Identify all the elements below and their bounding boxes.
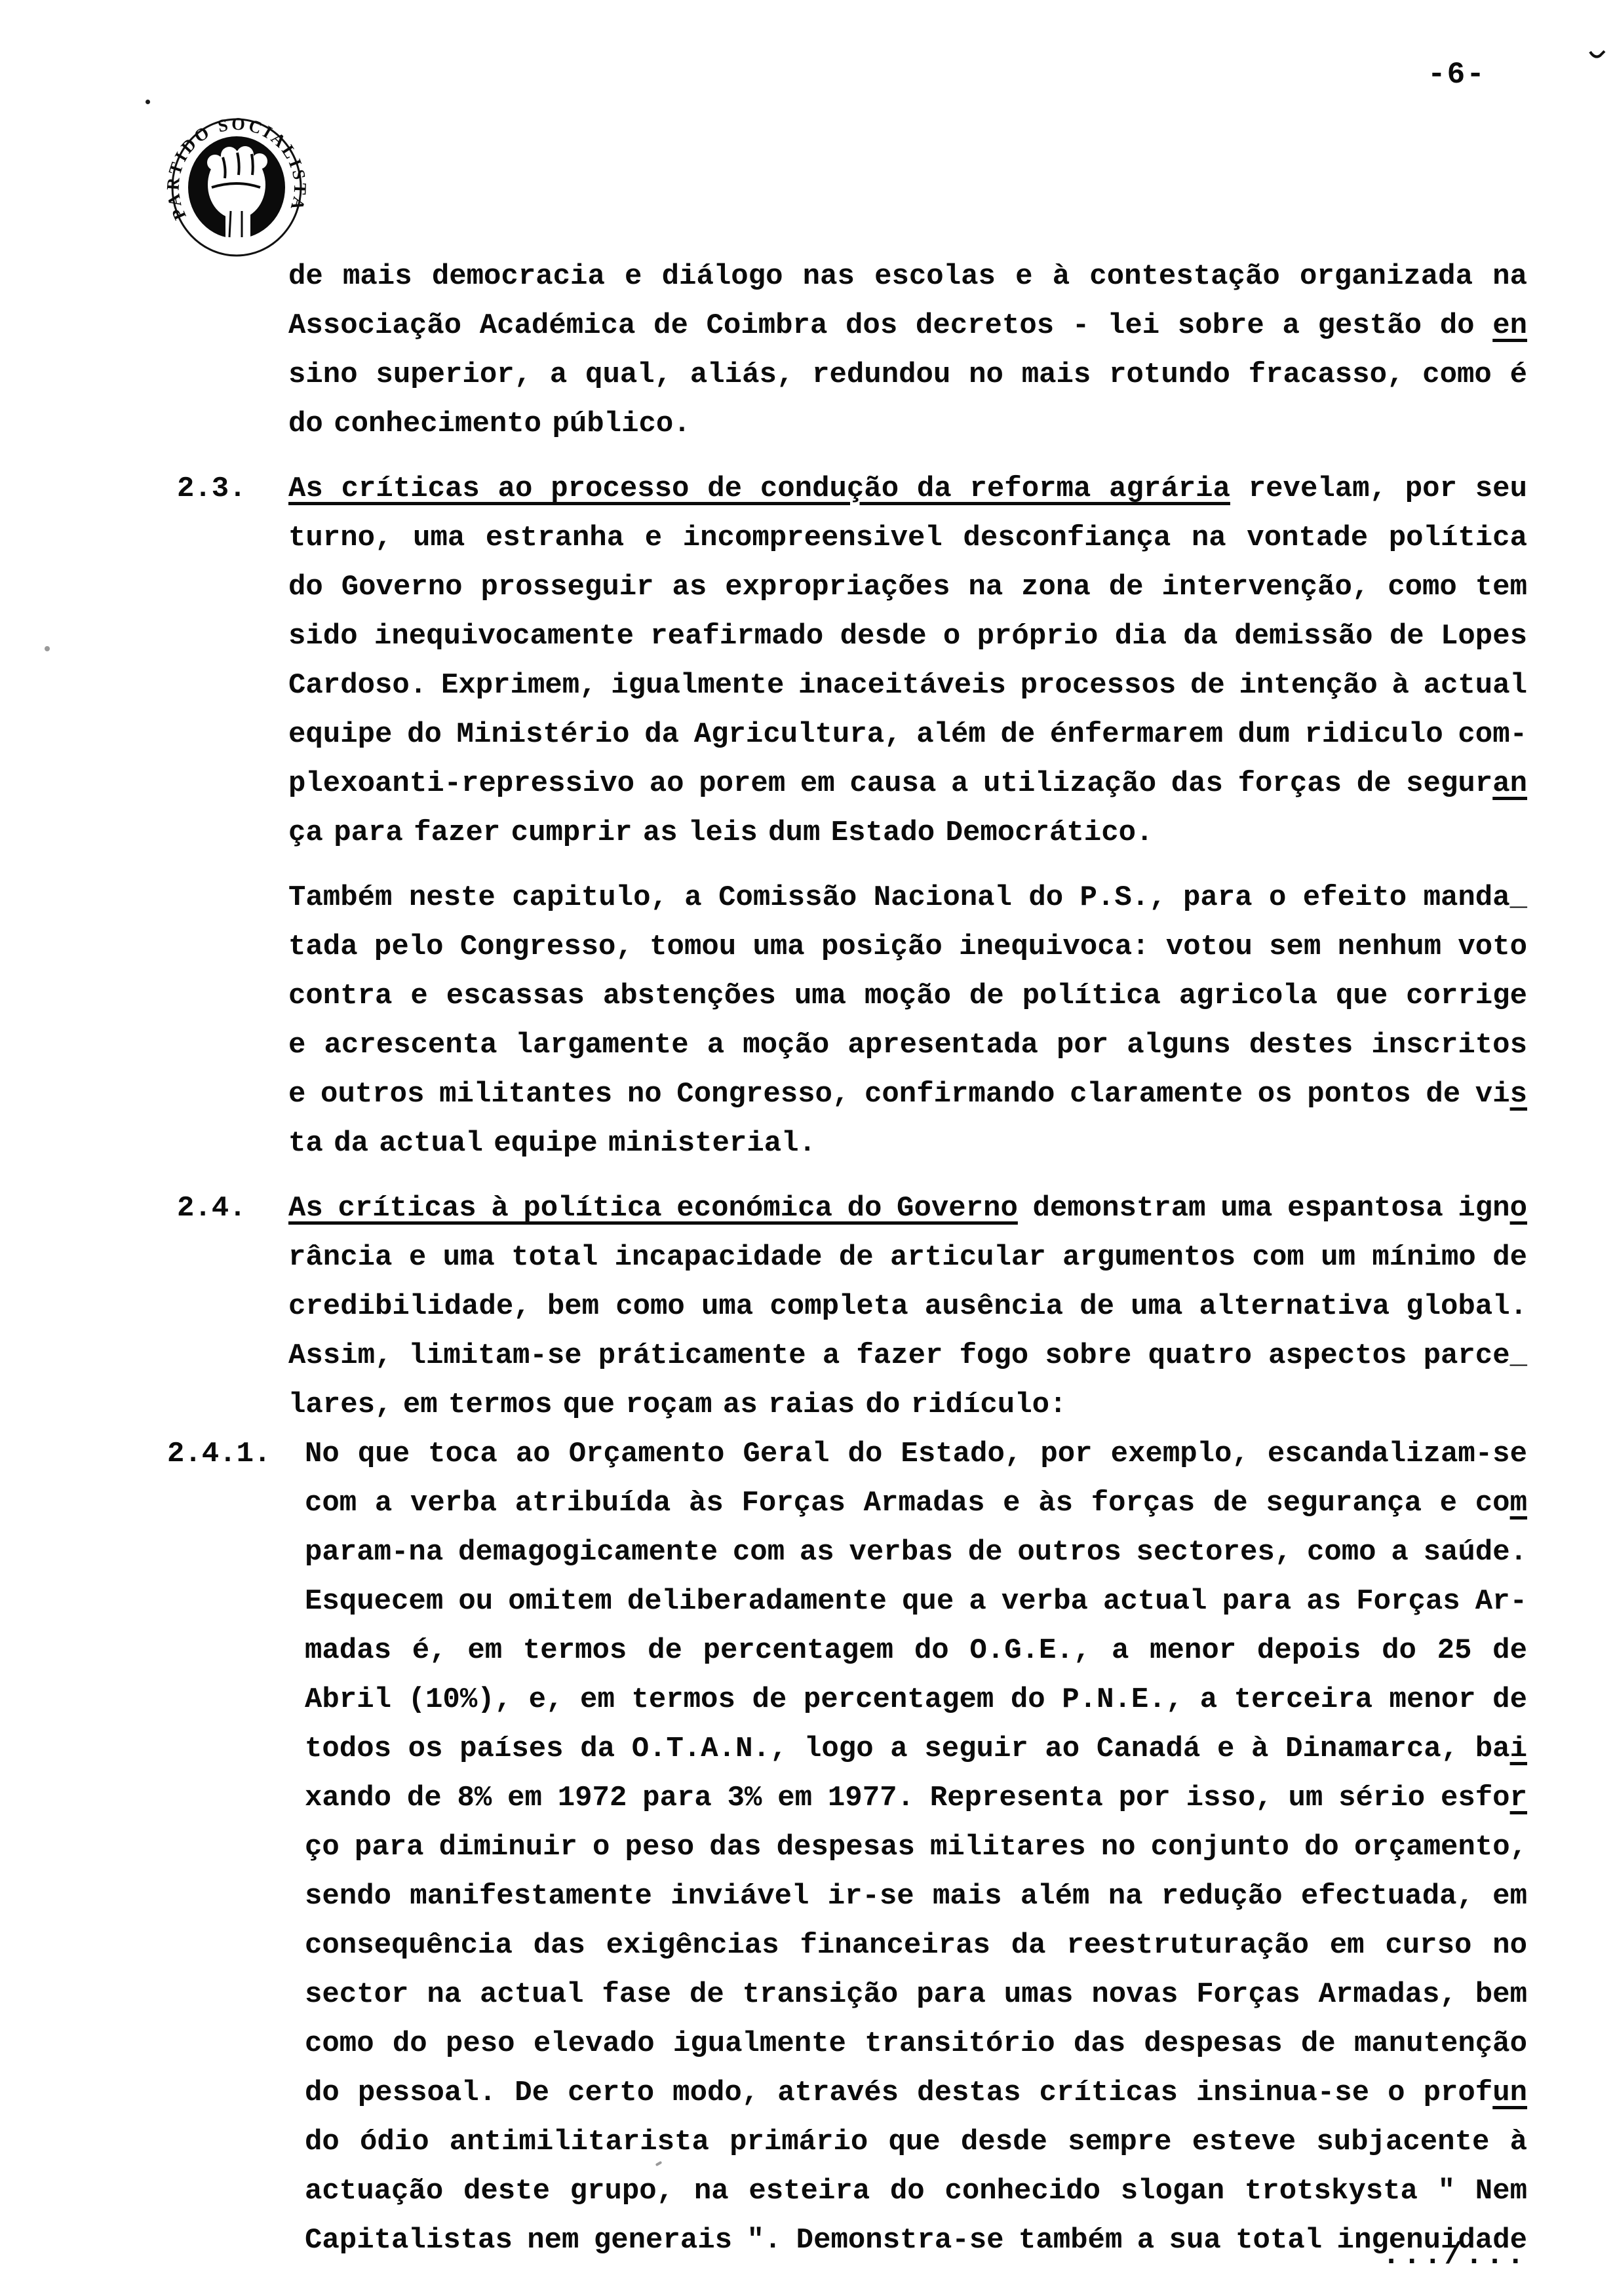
text-line: ço para diminuir o peso das despesas mil… bbox=[305, 1823, 1527, 1872]
text-segment: lares, em termos que roçam as raias do r… bbox=[288, 1388, 1066, 1421]
text-segment: param-na demagogicamente com as verbas d… bbox=[305, 1536, 1527, 1569]
text-segment: do conhecimento público. bbox=[288, 408, 691, 440]
text-line: e acrescenta largamente a moção apresent… bbox=[288, 1021, 1527, 1070]
text-segment: ça para fazer cumprir as leis dum Estado… bbox=[288, 816, 1153, 849]
text-segment: de mais democracia e diálogo nas escolas… bbox=[288, 260, 1527, 293]
text-segment: Assim, limitam-se práticamente a fazer f… bbox=[288, 1339, 1527, 1372]
text-line: turno, uma estranha e incompreensivel de… bbox=[288, 514, 1527, 563]
text-line: xando de 8% em 1972 para 3% em 1977. Rep… bbox=[305, 1774, 1527, 1823]
text-segment: credibilidade, bem como uma completa aus… bbox=[288, 1290, 1527, 1323]
text-segment: do Governo prosseguir as expropriações n… bbox=[288, 571, 1527, 603]
text-segment: sido inequivocamente reafirmado desde o … bbox=[288, 620, 1527, 653]
text-line: madas é, em termos de percentagem do O.G… bbox=[305, 1626, 1527, 1675]
section-number: 2.4. bbox=[177, 1184, 246, 1233]
text-line: rância e uma total incapacidade de artic… bbox=[288, 1233, 1527, 1282]
paragraph: de mais democracia e diálogo nas escolas… bbox=[288, 252, 1527, 449]
text-line: e outros militantes no Congresso, confir… bbox=[288, 1070, 1527, 1119]
underlined-text: As críticas ao processo de condução da r… bbox=[288, 472, 1230, 505]
text-segment: No que toca ao Orçamento Geral do Estado… bbox=[305, 1438, 1527, 1470]
text-segment: do ódio antimilitarista primário que des… bbox=[305, 2126, 1527, 2158]
text-line: equipe do Ministério da Agricultura, alé… bbox=[288, 710, 1527, 759]
text-line: Esquecem ou omitem deliberadamente que a… bbox=[305, 1577, 1527, 1626]
text-segment: contra e escassas abstenções uma moção d… bbox=[288, 980, 1527, 1012]
text-segment: xando de 8% em 1972 para 3% em 1977. Rep… bbox=[305, 1782, 1510, 1814]
text-segment: Capitalistas nem generais ". Demonstra-s… bbox=[305, 2224, 1527, 2257]
underlined-text: r bbox=[1510, 1782, 1527, 1814]
text-segment: sino superior, a qual, aliás, redundou n… bbox=[288, 358, 1527, 391]
text-segment: ço para diminuir o peso das despesas mil… bbox=[305, 1831, 1527, 1864]
text-line: do pessoal. De certo modo, através desta… bbox=[305, 2069, 1527, 2118]
scanned-document-page: { "page": { "number": "-6-", "continuati… bbox=[0, 0, 1615, 2296]
text-line: do ódio antimilitarista primário que des… bbox=[305, 2118, 1527, 2167]
text-line: sino superior, a qual, aliás, redundou n… bbox=[288, 351, 1527, 400]
underlined-text: an bbox=[1492, 767, 1527, 800]
section-number: 2.3. bbox=[177, 465, 246, 514]
text-segment: e acrescenta largamente a moção apresent… bbox=[288, 1029, 1527, 1062]
text-segment: turno, uma estranha e incompreensivel de… bbox=[288, 522, 1527, 554]
text-segment: revelam, por seu bbox=[1230, 472, 1527, 505]
underlined-text: s bbox=[1510, 1078, 1527, 1111]
text-line: Abril (10%), e, em termos de percentagem… bbox=[305, 1675, 1527, 1725]
text-line: param-na demagogicamente com as verbas d… bbox=[305, 1528, 1527, 1577]
text-line: Cardoso. Exprimem, igualmente inaceitáve… bbox=[288, 661, 1527, 710]
text-line: As críticas ao processo de condução da r… bbox=[288, 465, 1527, 514]
text-line: Capitalistas nem generais ". Demonstra-s… bbox=[305, 2216, 1527, 2265]
text-segment: sector na actual fase de transição para … bbox=[305, 1978, 1527, 2011]
text-line: No que toca ao Orçamento Geral do Estado… bbox=[305, 1430, 1527, 1479]
section-number: 2.4.1. bbox=[167, 1430, 271, 1479]
text-segment: consequência das exigências financeiras … bbox=[305, 1929, 1527, 1962]
text-segment: rância e uma total incapacidade de artic… bbox=[288, 1241, 1527, 1274]
text-line: Assim, limitam-se práticamente a fazer f… bbox=[288, 1331, 1527, 1381]
text-line: do Governo prosseguir as expropriações n… bbox=[288, 563, 1527, 612]
text-segment: sendo manifestamente inviável ir-se mais… bbox=[305, 1880, 1527, 1913]
text-segment: Esquecem ou omitem deliberadamente que a… bbox=[305, 1585, 1527, 1618]
text-segment: plexoanti-repressivo ao porem em causa a… bbox=[288, 767, 1492, 800]
text-line: As críticas à política económica do Gove… bbox=[288, 1184, 1527, 1233]
paragraph: 2.4.As críticas à política económica do … bbox=[288, 1184, 1527, 1430]
underlined-text: As críticas à política económica do Gove… bbox=[288, 1192, 1018, 1225]
paragraph: 2.3.As críticas ao processo de condução … bbox=[288, 465, 1527, 858]
text-line: sector na actual fase de transição para … bbox=[305, 1970, 1527, 2019]
text-line: consequência das exigências financeiras … bbox=[305, 1921, 1527, 1970]
text-line: actuação deste grupo, na esteira do conh… bbox=[305, 2167, 1527, 2216]
underlined-text: m bbox=[1510, 1487, 1527, 1520]
corner-mark bbox=[1589, 48, 1606, 64]
paragraph: 2.4.1.No que toca ao Orçamento Geral do … bbox=[305, 1430, 1527, 2265]
text-line: tada pelo Congresso, tomou uma posição i… bbox=[288, 923, 1527, 972]
text-line: sido inequivocamente reafirmado desde o … bbox=[288, 612, 1527, 661]
text-segment: demonstram uma espantosa ign bbox=[1018, 1192, 1510, 1225]
text-line: todos os países da O.T.A.N., logo a segu… bbox=[305, 1725, 1527, 1774]
text-segment: Abril (10%), e, em termos de percentagem… bbox=[305, 1683, 1527, 1716]
document-body: de mais democracia e diálogo nas escolas… bbox=[288, 252, 1527, 2265]
text-segment: do pessoal. De certo modo, através desta… bbox=[305, 2076, 1492, 2109]
text-segment: actuação deste grupo, na esteira do conh… bbox=[305, 2175, 1527, 2208]
text-segment: Também neste capitulo, a Comissão Nacion… bbox=[288, 881, 1527, 914]
text-line: com a verba atribuída às Forças Armadas … bbox=[305, 1479, 1527, 1528]
text-segment: como do peso elevado igualmente transitó… bbox=[305, 2027, 1527, 2060]
underlined-text: o bbox=[1510, 1192, 1527, 1225]
text-segment: Associação Académica de Coimbra dos decr… bbox=[288, 309, 1492, 342]
text-segment: tada pelo Congresso, tomou uma posição i… bbox=[288, 930, 1527, 963]
text-segment: e outros militantes no Congresso, confir… bbox=[288, 1078, 1510, 1111]
text-line: do conhecimento público. bbox=[288, 400, 1527, 449]
text-segment: madas é, em termos de percentagem do O.G… bbox=[305, 1634, 1527, 1667]
text-line: como do peso elevado igualmente transitó… bbox=[305, 2019, 1527, 2069]
text-segment: com a verba atribuída às Forças Armadas … bbox=[305, 1487, 1510, 1520]
paragraph: Também neste capitulo, a Comissão Nacion… bbox=[288, 873, 1527, 1168]
text-line: plexoanti-repressivo ao porem em causa a… bbox=[288, 759, 1527, 809]
underlined-text: en bbox=[1492, 309, 1527, 342]
underlined-text: un bbox=[1492, 2076, 1527, 2109]
text-line: lares, em termos que roçam as raias do r… bbox=[288, 1381, 1527, 1430]
underlined-text: i bbox=[1510, 1732, 1527, 1765]
text-line: ta da actual equipe ministerial. bbox=[288, 1119, 1527, 1168]
text-line: contra e escassas abstenções uma moção d… bbox=[288, 972, 1527, 1021]
text-segment: todos os países da O.T.A.N., logo a segu… bbox=[305, 1732, 1510, 1765]
text-segment: equipe do Ministério da Agricultura, alé… bbox=[288, 718, 1527, 751]
text-line: Associação Académica de Coimbra dos decr… bbox=[288, 301, 1527, 351]
text-line: Também neste capitulo, a Comissão Nacion… bbox=[288, 873, 1527, 923]
text-line: ça para fazer cumprir as leis dum Estado… bbox=[288, 809, 1527, 858]
continuation-mark: .../... bbox=[1382, 2236, 1527, 2275]
text-line: credibilidade, bem como uma completa aus… bbox=[288, 1282, 1527, 1331]
text-segment: ta da actual equipe ministerial. bbox=[288, 1127, 816, 1160]
text-segment: Cardoso. Exprimem, igualmente inaceitáve… bbox=[288, 669, 1527, 702]
text-line: de mais democracia e diálogo nas escolas… bbox=[288, 252, 1527, 301]
page-number: -6- bbox=[1428, 58, 1486, 92]
text-line: sendo manifestamente inviável ir-se mais… bbox=[305, 1872, 1527, 1921]
scan-speck bbox=[45, 646, 50, 651]
